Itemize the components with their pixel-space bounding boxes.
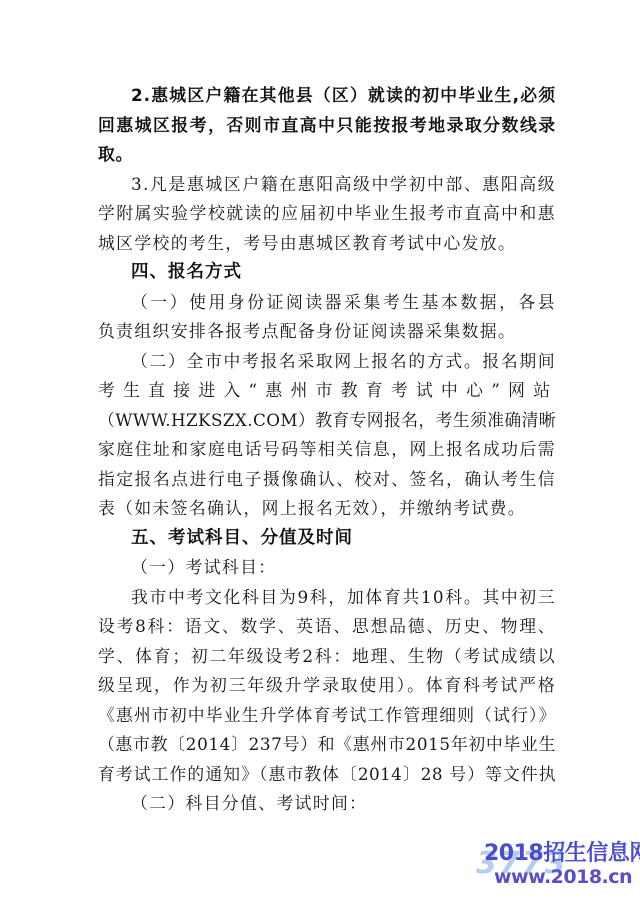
paragraph-line: （惠市教〔2014〕237号）和《惠州市2015年初中毕业生体: [98, 730, 556, 760]
section-heading-registration: 四、报名方式: [98, 258, 556, 288]
subsection-heading-subjects: （一）考试科目：: [98, 553, 556, 583]
paragraph-line: （一）使用身份证阅读器采集考生基本数据，各县（区）: [98, 288, 556, 318]
paragraph-line: 我市中考文化科目为9科，加体育共10科。其中初三: [98, 583, 556, 613]
watermark-url: www.2018.cn: [494, 866, 632, 888]
paragraph-line: 级呈现，作为初三年级升学录取使用）。体育科考试严格按: [98, 671, 556, 701]
paragraph-line: 取。: [98, 140, 556, 170]
paragraph-line: 学、体育；初二年级设考2科：地理、生物（考试成绩以等: [98, 642, 556, 672]
paragraph-line: 城区学校的考生，考号由惠城区教育考试中心发放。: [98, 229, 556, 259]
paragraph-line: 考生直接进入“惠州市教育考试中心”网站: [98, 376, 556, 406]
paragraph-line: 3.凡是惠城区户籍在惠阳高级中学初中部、惠阳高级中: [98, 170, 556, 200]
paragraph-line: 回惠城区报考，否则市直高中只能按报考地录取分数线录: [98, 111, 556, 141]
document-body: 2.惠城区户籍在其他县（区）就读的初中毕业生,必须 回惠城区报考，否则市直高中只…: [98, 81, 556, 819]
paragraph-line: 设考8科：语文、数学、英语、思想品德、历史、物理、化: [98, 612, 556, 642]
paragraph-line: （二）全市中考报名采取网上报名的方式。报名期间内，: [98, 347, 556, 377]
paragraph-line: 《惠州市初中毕业生升学体育考试工作管理细则（试行）》: [98, 701, 556, 731]
paragraph-line: （WWW.HZKSZX.COM）教育专网报名，考生须准确清晰地填写: [98, 406, 556, 436]
paragraph-line: 指定报名点进行电子摄像确认、校对、签名，确认考生信息: [98, 465, 556, 495]
subsection-heading-scores-time: （二）科目分值、考试时间：: [98, 789, 556, 819]
paragraph-line: 学附属实验学校就读的应届初中毕业生报考市直高中和惠: [98, 199, 556, 229]
paragraph-line: 负责组织安排各报考点配备身份证阅读器采集数据。: [98, 317, 556, 347]
paragraph-line: 育考试工作的通知》（惠市教体〔2014〕28 号）等文件执行。: [98, 760, 556, 790]
paragraph-line: 表（如未签名确认，网上报名无效），并缴纳考试费。: [98, 494, 556, 524]
section-heading-subjects: 五、考试科目、分值及时间: [98, 524, 556, 554]
watermark-title: 2018招生信息网: [484, 836, 640, 867]
paragraph-line: 2.惠城区户籍在其他县（区）就读的初中毕业生,必须: [98, 81, 556, 111]
paragraph-line: 家庭住址和家庭电话号码等相关信息，网上报名成功后需到: [98, 435, 556, 465]
site-watermark: 3773 2018招生信息网 www.2018.cn: [472, 832, 632, 894]
document-page: 2.惠城区户籍在其他县（区）就读的初中毕业生,必须 回惠城区报考，否则市直高中只…: [0, 0, 640, 904]
